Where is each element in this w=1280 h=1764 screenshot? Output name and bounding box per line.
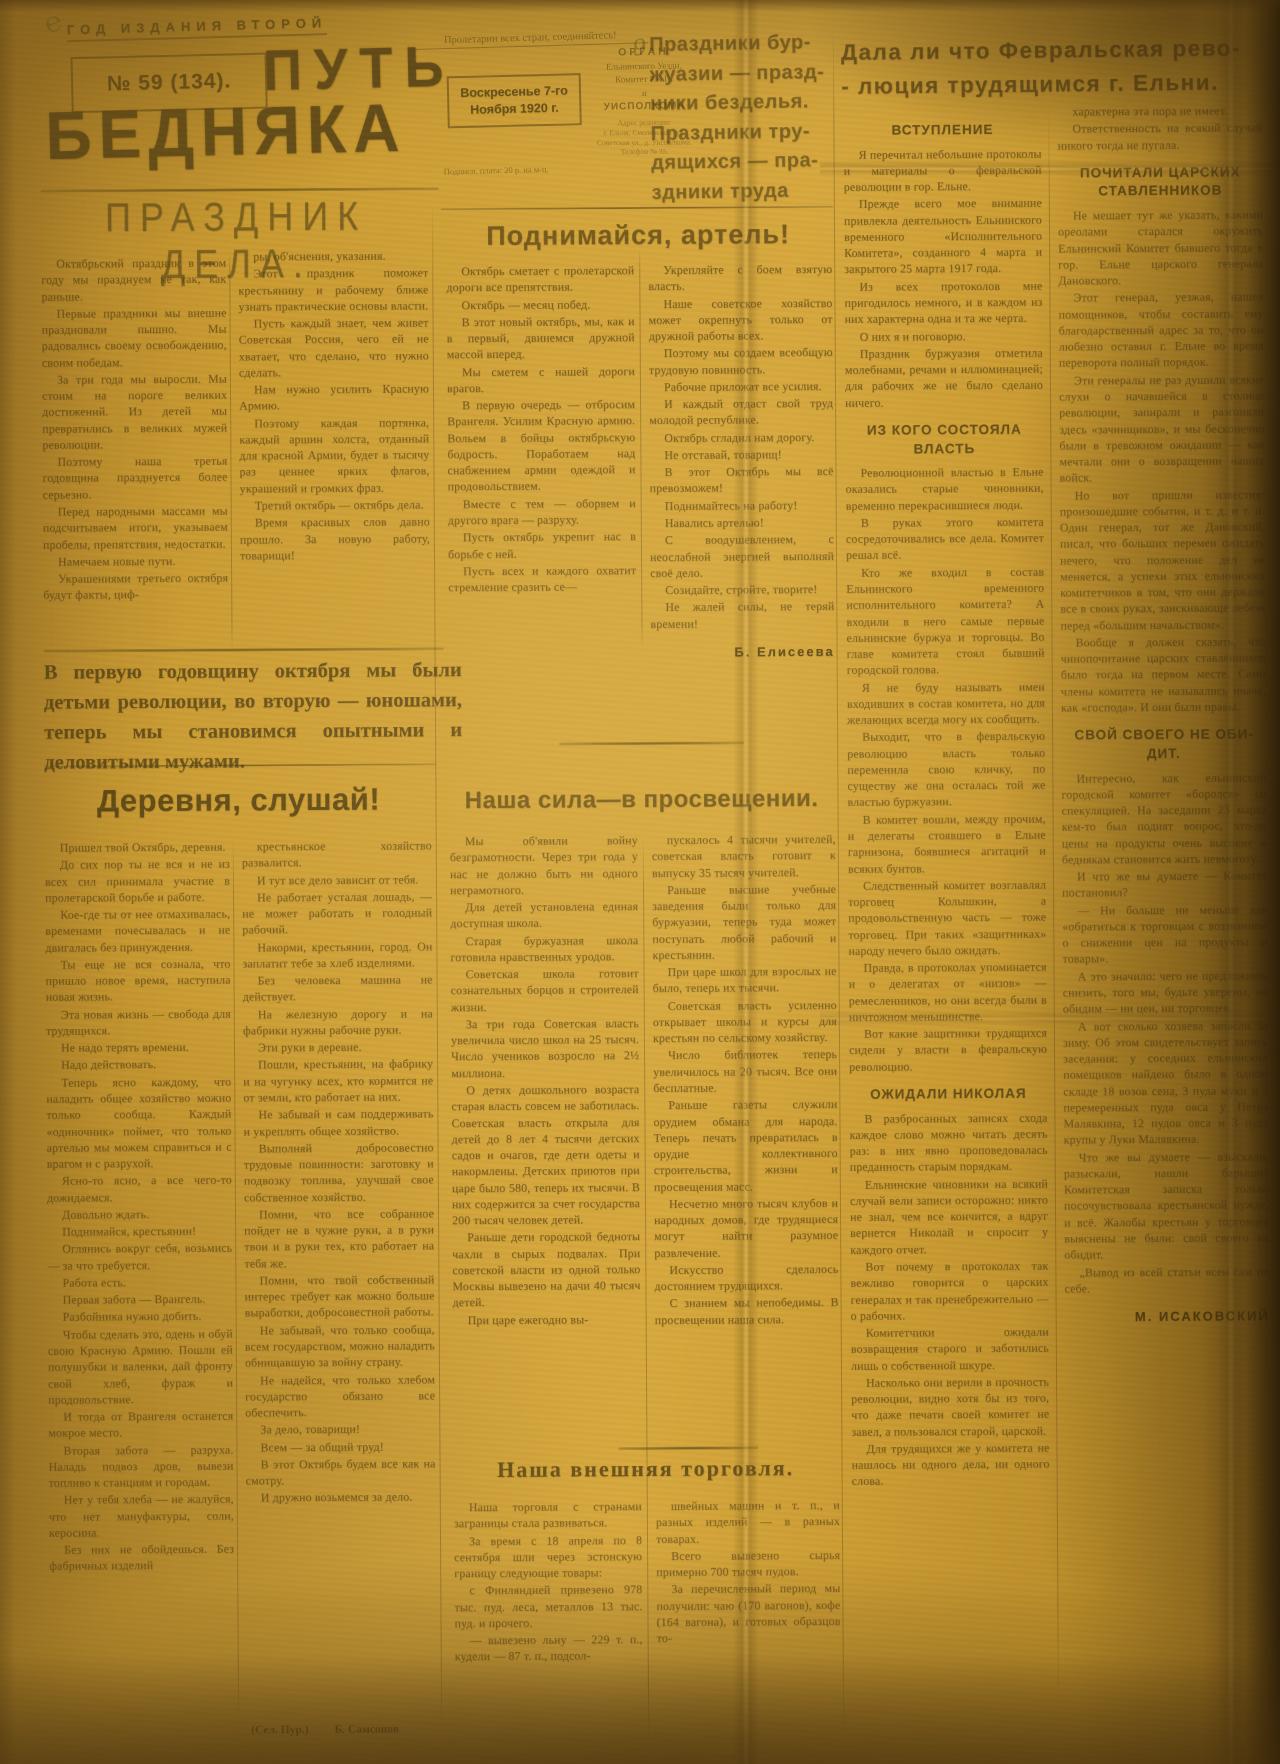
article-paragraph: „Вывод из всей статьи ясен сам по себе.: [1064, 1263, 1269, 1297]
article-paragraph: Третий октябрь — октябрь дела.: [240, 496, 430, 513]
column-rule: [1048, 105, 1059, 1705]
article-paragraph: Работа есть.: [47, 1273, 232, 1290]
article-paragraph: Комитетчики ожидали возвращения старого …: [851, 1324, 1049, 1374]
bold-statement: В первую годовщину октября мы были детьм…: [44, 656, 463, 778]
newspaper-page: ℮ 9 ГОД ИЗДАНИЯ ВТОРОЙ № 59 (134). ПУТЬ …: [0, 0, 1280, 1764]
article-paragraph: Ясно-то ясно, а все чего-то дожидаемся.: [47, 1172, 232, 1206]
article-paragraph: Праздник буржуазия отметила молебнами, р…: [845, 344, 1043, 410]
article-paragraph: Перед народными массами мы подсчитываем …: [43, 502, 228, 552]
divider-rule: [441, 206, 833, 210]
article-paragraph: — вывезено льну — 229 т. п., кудели — 87…: [455, 1631, 643, 1665]
article-paragraph: В руках этого комитета сосредоточивались…: [846, 513, 1044, 563]
article-column: швейных машин и т. п., и разных изделий …: [656, 1497, 842, 1756]
article-paragraph: За перечисленный период мы получили: чаю…: [656, 1580, 840, 1646]
article-paragraph: Поэтому наша третья годовщина празднуетс…: [42, 453, 227, 503]
article-paragraph: Следственный комитет возглавлял торговец…: [848, 876, 1046, 959]
slogan-line: Праздники тру-: [650, 117, 828, 150]
article-paragraph: При царе школ для взрослых не было, тепе…: [653, 963, 837, 997]
article-paragraph: Нам нужно усилить Красную Армию.: [239, 380, 429, 414]
article-paragraph: Время красивых слов давно прошло. За нов…: [240, 514, 430, 564]
article-paragraph: Советская власть усиленно открывает школ…: [653, 996, 837, 1046]
article-paragraph: Октябрь — месяц побед.: [446, 296, 634, 313]
article-paragraph: Наша торговля с странами заграницы стала…: [454, 1498, 642, 1532]
article-paragraph: с Финляндией привезено 978 тыс. пуд. лес…: [454, 1581, 642, 1631]
article-subhead: ОЖИДАЛИ НИКОЛАЯ: [849, 1084, 1047, 1104]
article-paragraph: И тут все дело зависит от тебя.: [242, 871, 432, 888]
article-paragraph: Не работает усталая лошадь, — не может р…: [242, 888, 432, 938]
article-paragraph: В этот Октябрь мы всё превозможем!: [649, 463, 833, 497]
article-column: ры, об'яснения, указания.Этот праздник п…: [238, 247, 430, 646]
article-paragraph: В первую очередь — отбросим Врангеля. Ус…: [447, 396, 636, 495]
article-paragraph: При царе ежегодно вы-: [453, 1311, 641, 1328]
article-paragraph: Раньше высшие учебные заведения были тол…: [652, 881, 836, 963]
article-paragraph: Число библиотек теперь увеличилось на 20…: [653, 1046, 837, 1096]
article-paragraph: Для трудящихся же у комитета не нашлось …: [851, 1439, 1049, 1489]
article-paragraph: И каждый отдаст свой труд молодой респуб…: [649, 395, 833, 429]
price-line: Подписн. плата: 20 р. на м-ц.: [444, 163, 594, 177]
article-paragraph: За дело, товарищи!: [245, 1421, 435, 1438]
article-paragraph: За три года Советская власть увеличила ч…: [451, 1015, 639, 1081]
article-paragraph: Рабочие приложат все усилия.: [649, 378, 833, 395]
article-paragraph: Не мешает тут же указать, какими ореолам…: [1058, 206, 1263, 289]
article-subhead: ИЗ КОГО СОСТОЯЛА ВЛАСТЬ: [845, 420, 1043, 458]
article-paragraph: Для детей установлена единая доступная ш…: [450, 898, 638, 932]
page-content: ℮ 9 ГОД ИЗДАНИЯ ВТОРОЙ № 59 (134). ПУТЬ …: [0, 0, 1280, 1764]
article-paragraph: Этот генерал, уезжая, нашел помощников, …: [1058, 289, 1263, 372]
article-paragraph: Что же вы думаете — взыскали, разыскали,…: [1064, 1148, 1270, 1263]
article-paragraph: Не надейся, что только хлебом государств…: [245, 1371, 435, 1421]
article-column: Пришел твой Октябрь, деревня.До сих пор …: [45, 839, 235, 1720]
divider-rule: [44, 647, 444, 652]
article-subhead: ПОЧИТАЛИ ЦАРСКИХ СТАВЛЕННИКОВ: [1058, 163, 1263, 202]
article-paragraph: Вообще я должен сказать, что чинопочитан…: [1060, 633, 1265, 716]
article-signature: Б. Елисеева: [651, 643, 835, 662]
article-paragraph: Без человека машина не действует.: [243, 971, 433, 1005]
article-paragraph: Ты еще не вся сознала, что пришло новое …: [45, 955, 230, 1005]
article-paragraph: Всего вывезено сырья примерно 700 тысяч …: [656, 1547, 840, 1581]
article-paragraph: Украшениями третьего октября будут факты…: [43, 570, 228, 604]
headline-podnimaysya-artel: Поднимайся, артель!: [444, 219, 832, 252]
article-paragraph: Ельнинские чиновники на всякий случай ве…: [850, 1175, 1048, 1258]
column-rule: [229, 250, 232, 648]
article-paragraph: Выполняй добросовестно трудовые повиннос…: [244, 1139, 434, 1205]
article-paragraph: Октябрь сгладил нам дорогу.: [649, 428, 833, 445]
article-column: пускалось 4 тысячи учителей, советская в…: [652, 831, 840, 1432]
slogan-line: Праздники бур-: [649, 28, 827, 61]
article-paragraph: И тогда от Врангеля останется мокрое мес…: [48, 1408, 233, 1442]
headline-vneshnyaya-torgovlya: Наша внешняя торговля.: [452, 1455, 840, 1483]
slogan-line: здники труда: [651, 176, 829, 209]
article-paragraph: Мы сметем с нашей дороги врагов.: [447, 363, 635, 397]
article-paragraph: Я не буду называть имен входивших в сост…: [847, 678, 1045, 728]
article-signature: Б. Самсонов: [335, 1723, 399, 1735]
article-paragraph: Прежде всего мое внимание привлекла деят…: [844, 195, 1042, 278]
article-paragraph: Эти руки в деревне.: [243, 1038, 433, 1055]
article-paragraph: Я перечитал небольшие протоколы и матери…: [844, 145, 1042, 195]
article-paragraph: В комитет вошли, между прочим, и делегат…: [848, 810, 1046, 876]
article-paragraph: Без них не обойдешься. Без фабричных изд…: [49, 1541, 234, 1575]
article-column: Укрепляйте с боем взятую власть.Наше сов…: [648, 261, 835, 740]
article-paragraph: Из всех протоколов мне пригодилось немно…: [844, 277, 1042, 327]
article-paragraph: Ответственность на всякий случай никого …: [1057, 119, 1262, 153]
article-paragraph: Поднимайтесь на работу!: [650, 497, 834, 514]
article-column: характерна эта пора не имеет.Ответственн…: [1057, 102, 1272, 1707]
article-paragraph: С знанием мы непобедимы. В просвещении н…: [655, 1294, 839, 1328]
article-paragraph: Не отставай, товарищ!: [649, 446, 833, 463]
article-paragraph: Не жалей силы, не теряй времени!: [650, 598, 834, 632]
article-paragraph: Насколько они верили в прочность революц…: [851, 1373, 1049, 1439]
article-paragraph: В этот новый октябрь, мы, как и в первый…: [447, 313, 635, 363]
article-column: Наша торговля с странами заграницы стала…: [454, 1498, 644, 1757]
article-paragraph: На железную дорогу и на фабрики нужны ра…: [243, 1005, 433, 1039]
article-paragraph: Раньше дети городской бедноты чахли в сы…: [452, 1228, 640, 1310]
article-paragraph: Чтобы сделать это, одень и обуй свою Кра…: [48, 1325, 233, 1407]
article-paragraph: Помни, что твой собственный интерес треб…: [244, 1271, 434, 1321]
article-paragraph: Эти генералы не раз душили всякие слухи …: [1059, 371, 1265, 486]
article-paragraph: Пусть октябрь укрепит нас в борьбе с ней…: [448, 528, 636, 562]
article-paragraph: Старая буржуазная школа готовила нравств…: [450, 932, 638, 966]
article-paragraph: характерна эта пора не имеет.: [1057, 102, 1262, 120]
article-paragraph: Кое-где ты от нее отмахивалась, временам…: [45, 906, 230, 956]
divider-rule: [559, 741, 744, 745]
article-paragraph: Но вот пришли известия: произошедшие соб…: [1060, 486, 1266, 634]
divider-rule: [618, 1446, 758, 1450]
headline-derevnya-slushay: Деревня, слушай!: [44, 781, 432, 819]
article-paragraph: Поэтому мы создаем всеобщую трудовую пов…: [649, 344, 833, 378]
article-paragraph: С воодушевлением, с неослабной энергией …: [650, 531, 834, 581]
article-column: ВСТУПЛЕНИЕЯ перечитал небольшие протокол…: [843, 110, 1051, 1747]
article-paragraph: Пошли, крестьянин, на фабрику и на чугун…: [243, 1056, 433, 1106]
article-paragraph: Правда, в протоколах упоминается и о дел…: [848, 959, 1046, 1025]
article-paragraph: Раньше газеты служили орудием обмана для…: [653, 1096, 838, 1195]
slogan-block: Праздники бур-жуазии — празд-ники бездел…: [649, 28, 830, 208]
article-paragraph: Созидайте, стройте, творите!: [650, 581, 834, 598]
article-paragraph: Довольно ждать.: [47, 1205, 232, 1222]
article-paragraph: Оглянись вокруг себя, возьмись — за что …: [47, 1240, 232, 1274]
article-paragraph: Помни, что все собранное пойдет не в чуж…: [244, 1205, 434, 1271]
article-paragraph: В этот Октябрь будем все как на смотру.: [246, 1455, 436, 1489]
masthead-title-line2: БЕДНЯКА: [45, 88, 408, 175]
article-paragraph: И дружно возьмемся за дело.: [246, 1489, 436, 1506]
article-paragraph: Не надо терять времени.: [46, 1039, 231, 1056]
article-paragraph: Укрепляйте с боем взятую власть.: [648, 261, 832, 295]
article-signature: (Сел. Пур.): [251, 1724, 308, 1736]
article-paragraph: Мы об'явили войну безграмотности. Через …: [450, 832, 638, 898]
article-paragraph: Не забывай, что только сообща, всем госу…: [245, 1321, 435, 1371]
article-column: Октябрь сметает с пролетарской дороги вс…: [446, 262, 636, 649]
article-paragraph: Разбойника нужно добить.: [48, 1308, 233, 1325]
article-paragraph: О них я и поговорю.: [845, 327, 1043, 344]
article-paragraph: Искусство сделалось достоянием трудящихс…: [654, 1261, 838, 1295]
article-paragraph: Поэтому каждая портянка, каждый аршин хо…: [239, 414, 429, 496]
article-paragraph: Нет у тебя хлеба — не жалуйся, что нет м…: [49, 1491, 234, 1541]
article-paragraph: Этот праздник поможет крестьянину и рабо…: [238, 265, 428, 315]
date-box: Воскресенье 7-го Ноября 1920 г.: [447, 73, 582, 128]
column-rule: [639, 248, 642, 648]
article-paragraph: Октябрьский праздник в этом году мы праз…: [41, 255, 226, 305]
article-paragraph: Не забывай и сам поддерживать и укреплят…: [243, 1106, 433, 1140]
article-paragraph: Теперь ясно каждому, что наладить общее …: [46, 1073, 232, 1172]
article-paragraph: Поднимайся, крестьянин!: [47, 1223, 232, 1240]
article-paragraph: Октябрь сметает с пролетарской дороги вс…: [446, 262, 634, 296]
slogan-line: дящихся — пра-: [651, 146, 829, 179]
article-column: крестьянское хозяйство развалится.И тут …: [242, 837, 437, 1714]
article-paragraph: Пусть всех и каждого охватит стремление …: [448, 562, 636, 596]
article-paragraph: крестьянское хозяйство развалится.: [242, 837, 432, 871]
article-paragraph: О детях дошкольного возраста старая влас…: [451, 1081, 640, 1229]
article-paragraph: ры, об'яснения, указания.: [238, 247, 428, 264]
article-paragraph: Выходит, что в февральскую революцию вла…: [847, 728, 1045, 811]
article-paragraph: До сих пор ты не вся и не из всех сил пр…: [45, 856, 230, 906]
article-paragraph: Интересно, как ельнинский городской коми…: [1061, 769, 1267, 868]
article-paragraph: швейных машин и т. п., и разных изделий …: [656, 1497, 840, 1547]
article-paragraph: Пусть каждый знает, чем живет Советская …: [239, 314, 429, 380]
headline-february-line2: - люция трудящимся г. Ельни.: [841, 69, 1265, 100]
article-paragraph: Пришел твой Октябрь, деревня.: [45, 839, 230, 856]
headline-february-line1: Дала ли что Февральская рево-: [841, 35, 1265, 66]
article-paragraph: Вместе с тем — оборвем и другого врага —…: [448, 495, 636, 529]
article-paragraph: Вот какие защитники трудящихся сидели у …: [849, 1025, 1047, 1075]
article-paragraph: Кто же входил в состав Ельнинского време…: [846, 563, 1045, 678]
article-paragraph: Советская школа готовит сознательных бор…: [451, 965, 639, 1015]
article-paragraph: пускалось 4 тысячи учителей, советская в…: [652, 831, 836, 881]
article-paragraph: Несчетно много тысяч клубов и народных д…: [654, 1195, 838, 1261]
article-column: Октябрьский праздник в этом году мы праз…: [41, 255, 228, 648]
headline-nasha-sila: Наша сила—в просвещении.: [447, 785, 835, 815]
article-subhead: ВСТУПЛЕНИЕ: [843, 121, 1041, 141]
article-paragraph: Первые праздники мы внешне праздновали п…: [41, 304, 226, 370]
article-paragraph: Революционной властью в Ельне оказались …: [845, 464, 1043, 514]
article-paragraph: Всем — за общий труд!: [245, 1438, 435, 1455]
article-paragraph: Намечаем новые пути.: [43, 552, 228, 569]
article-paragraph: За время с 18 апреля по 8 сентября шли ч…: [454, 1532, 642, 1582]
article-paragraph: Навались артелью!: [650, 514, 834, 531]
article-paragraph: Надо действовать.: [46, 1056, 231, 1073]
handwritten-mark: ℮: [40, 4, 67, 42]
date-line2: Ноября 1920 г.: [470, 100, 559, 119]
column-rule: [643, 835, 650, 1740]
article-paragraph: Первая забота — Врангель.: [47, 1291, 232, 1308]
article-paragraph: И что же вы думаете — Комитет постановил…: [1062, 867, 1267, 901]
article-paragraph: — Ни больше ни меньше как «обратиться к …: [1062, 901, 1267, 967]
article-signature: М. ИСАКОВСКИЙ: [1065, 1307, 1270, 1326]
slogan-line: жуазии — празд-: [649, 58, 827, 91]
article-paragraph: А это значило: чего не предложишь снизит…: [1063, 967, 1268, 1017]
article-paragraph: За три года мы выросли. Мы стоим на поро…: [42, 370, 227, 452]
article-paragraph: Наше советское хозяйство может окрепнуть…: [648, 294, 832, 344]
article-paragraph: А вот сколько хозяева запасли за зиму. О…: [1063, 1017, 1269, 1148]
slogan-line: ники безделья.: [650, 87, 828, 120]
article-paragraph: Эта новая жизнь — свобода для трудящихся…: [46, 1005, 231, 1039]
article-paragraph: Накорми, крестьянин, город. Он заплатит …: [242, 938, 432, 972]
article-column: Мы об'явили войну безграмотности. Через …: [450, 832, 642, 1433]
article-subhead: СВОЙ СВОЕГО НЕ ОБИ­ДИТ.: [1061, 725, 1266, 764]
article-paragraph: Вот почему в протоколах так вежливо гово…: [850, 1257, 1048, 1323]
article-paragraph: Вторая забота — разруха. Наладь подвоз д…: [48, 1441, 233, 1491]
article-paragraph: В разбросанных записях схода каждое слов…: [849, 1109, 1047, 1175]
